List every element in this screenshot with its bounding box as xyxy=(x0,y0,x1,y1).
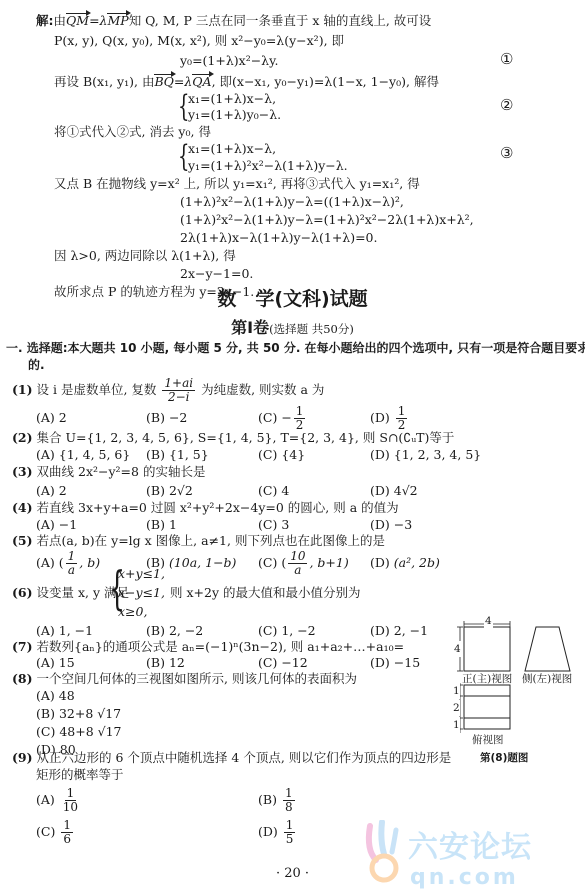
q9-option-b[interactable]: (B) 18 xyxy=(258,786,297,814)
solution-line-11: 2x−y−1=0. xyxy=(180,266,253,282)
dim-height: 4 xyxy=(454,641,461,657)
question-9: (9) 从正六边形的 6 个顶点中随机选择 4 个顶点, 则以它们作为顶点的四边… xyxy=(12,750,451,766)
watermark-text-cn: 六安论坛 xyxy=(408,832,532,864)
q5-option-a[interactable]: (A) (1a, b) xyxy=(36,549,100,577)
volume-heading: 第Ⅰ卷(选择题 共50分) xyxy=(0,318,585,339)
q3-option-b[interactable]: (B) 2√2 xyxy=(146,483,193,499)
solution-line-5: 将①式代入②式, 消去 y₀, 得 xyxy=(54,124,211,140)
equation-tag-3: ③ xyxy=(500,145,513,161)
q5-option-d[interactable]: (D) (a², 2b) xyxy=(370,549,440,577)
constraint-2: x−y≤1, xyxy=(118,585,165,601)
constraint-3: x≥0, xyxy=(118,604,147,620)
solution-line-10: 因 λ>0, 两边同除以 λ(1+λ), 得 xyxy=(54,248,236,264)
question-9-cont: 矩形的概率等于 xyxy=(36,767,124,783)
solution-line-2: P(x, y), Q(x, y₀), M(x, x²), 则 x²−y₀=λ(y… xyxy=(54,33,344,49)
vector-qa: QA xyxy=(192,74,211,90)
solution-line-9: 2λ(1+λ)x−λ(1+λ)y−λ(1+λ)=0. xyxy=(180,230,378,246)
page-number: · 20 · xyxy=(0,866,585,882)
q2-option-c[interactable]: (C) {4} xyxy=(258,447,305,463)
q3-option-a[interactable]: (A) 2 xyxy=(36,483,67,499)
q7-option-a[interactable]: (A) 15 xyxy=(36,655,75,671)
equation-tag-1: ① xyxy=(500,51,513,67)
q2-option-a[interactable]: (A) {1, 4, 5, 6} xyxy=(36,447,130,463)
exam-title: 数 学(文科)试题 xyxy=(0,286,585,312)
q6-option-c[interactable]: (C) 1, −2 xyxy=(258,623,316,639)
q4-option-d[interactable]: (D) −3 xyxy=(370,517,412,533)
dim-top-2: 2 xyxy=(453,700,460,716)
front-view-label: 正(主)视图 xyxy=(462,671,512,687)
q9-option-c[interactable]: (C) 16 xyxy=(36,818,75,846)
question-1: (1) 设 i 是虚数单位, 复数 1+ai2−i 为纯虚数, 则实数 a 为 xyxy=(12,377,324,404)
q8-option-c[interactable]: (C) 48+8 √17 xyxy=(36,724,122,740)
q1-option-a[interactable]: (A) 2 xyxy=(36,405,67,431)
solution-line-7: (1+λ)²x²−λ(1+λ)y−λ=((1+λ)x−λ)², xyxy=(180,194,404,210)
side-view-label: 侧(左)视图 xyxy=(522,671,572,687)
solution-line-1: 解:由QM=λMP知 Q, M, P 三点在同一条垂直于 x 轴的直线上, 故可… xyxy=(36,13,431,29)
q2-option-b[interactable]: (B) {1, 5} xyxy=(146,447,209,463)
vector-qm: QM xyxy=(66,13,89,29)
system-2-line-2: y₁=(1+λ)y₀−λ. xyxy=(188,107,281,123)
q7-option-b[interactable]: (B) 12 xyxy=(146,655,185,671)
q9-option-d[interactable]: (D) 15 xyxy=(258,818,297,846)
q8-option-b[interactable]: (B) 32+8 √17 xyxy=(36,706,121,722)
q4-option-b[interactable]: (B) 1 xyxy=(146,517,177,533)
q6-option-d[interactable]: (D) 2, −1 xyxy=(370,623,428,639)
q1-option-c[interactable]: (C) −12 xyxy=(258,405,307,432)
system-3-line-2: y₁=(1+λ)²x²−λ(1+λ)y−λ. xyxy=(188,158,348,174)
system-3-line-1: x₁=(1+λ)x−λ, xyxy=(188,141,276,157)
q6-option-a[interactable]: (A) 1, −1 xyxy=(36,623,93,639)
solution-line-4: 再设 B(x₁, y₁), 由BQ=λQA, 即(x−x₁, y₀−y₁)=λ(… xyxy=(54,74,439,90)
question-2: (2) 集合 U={1, 2, 3, 4, 5, 6}, S={1, 4, 5}… xyxy=(12,430,454,446)
q5-option-c[interactable]: (C) (10a, b+1) xyxy=(258,549,349,577)
q3-option-d[interactable]: (D) 4√2 xyxy=(370,483,418,499)
q7-option-c[interactable]: (C) −12 xyxy=(258,655,308,671)
q8-option-a[interactable]: (A) 48 xyxy=(36,688,75,704)
solution-line-6: 又点 B 在抛物线 y=x² 上, 所以 y₁=x₁², 再将③式代入 y₁=x… xyxy=(54,176,420,192)
solution-line-3: y₀=(1+λ)x²−λy. xyxy=(180,53,278,69)
question-3: (3) 双曲线 2x²−y²=8 的实轴长是 xyxy=(12,464,205,480)
vector-bq: BQ xyxy=(154,74,173,90)
q7-option-d[interactable]: (D) −15 xyxy=(370,655,420,671)
question-7: (7) 若数列{aₙ}的通项公式是 aₙ=(−1)ⁿ(3n−2), 则 a₁+a… xyxy=(12,639,404,655)
constraint-1: x+y≤1, xyxy=(118,566,165,582)
equation-tag-2: ② xyxy=(500,97,513,113)
q4-option-a[interactable]: (A) −1 xyxy=(36,517,77,533)
q9-option-a[interactable]: (A) 110 xyxy=(36,786,82,814)
q2-option-d[interactable]: (D) {1, 2, 3, 4, 5} xyxy=(370,447,481,463)
q1-option-b[interactable]: (B) −2 xyxy=(146,405,187,431)
question-6-stem-b: 则 x+2y 的最大值和最小值分别为 xyxy=(170,585,361,601)
section-instructions: 一. 选择题:本大题共 10 小题, 每小题 5 分, 共 50 分. 在每小题… xyxy=(6,340,585,356)
question-4: (4) 若直线 3x+y+a=0 过圆 x²+y²+2x−4y=0 的圆心, 则… xyxy=(12,500,399,516)
question-8: (8) 一个空间几何体的三视图如图所示, 则该几何体的表面积为 xyxy=(12,671,357,687)
dim-top-1: 1 xyxy=(453,683,460,699)
question-5: (5) 若点(a, b)在 y=lg x 图像上, a≠1, 则下列点也在此图像… xyxy=(12,533,385,549)
solution-line-8: (1+λ)²x²−λ(1+λ)y−λ=(1+λ)²x²−2λ(1+λ)x+λ², xyxy=(180,212,474,228)
vector-mp: MP xyxy=(107,13,128,29)
dim-width: 4 xyxy=(484,613,493,629)
three-view-figure: 4 4 正(主)视图 侧(左)视图 1 2 1 俯视图 第(8)题图 xyxy=(440,615,585,785)
q4-option-c[interactable]: (C) 3 xyxy=(258,517,289,533)
q3-option-c[interactable]: (C) 4 xyxy=(258,483,289,499)
q6-option-b[interactable]: (B) 2, −2 xyxy=(146,623,203,639)
q1-option-d[interactable]: (D) 12 xyxy=(370,405,409,432)
system-2-line-1: x₁=(1+λ)x−λ, xyxy=(188,91,276,107)
section-instructions-cont: 的. xyxy=(28,357,45,373)
top-view-label: 俯视图 xyxy=(472,732,504,748)
fraction: 1+ai2−i xyxy=(162,377,195,404)
figure-caption: 第(8)题图 xyxy=(480,750,528,766)
dim-top-3: 1 xyxy=(453,717,460,733)
